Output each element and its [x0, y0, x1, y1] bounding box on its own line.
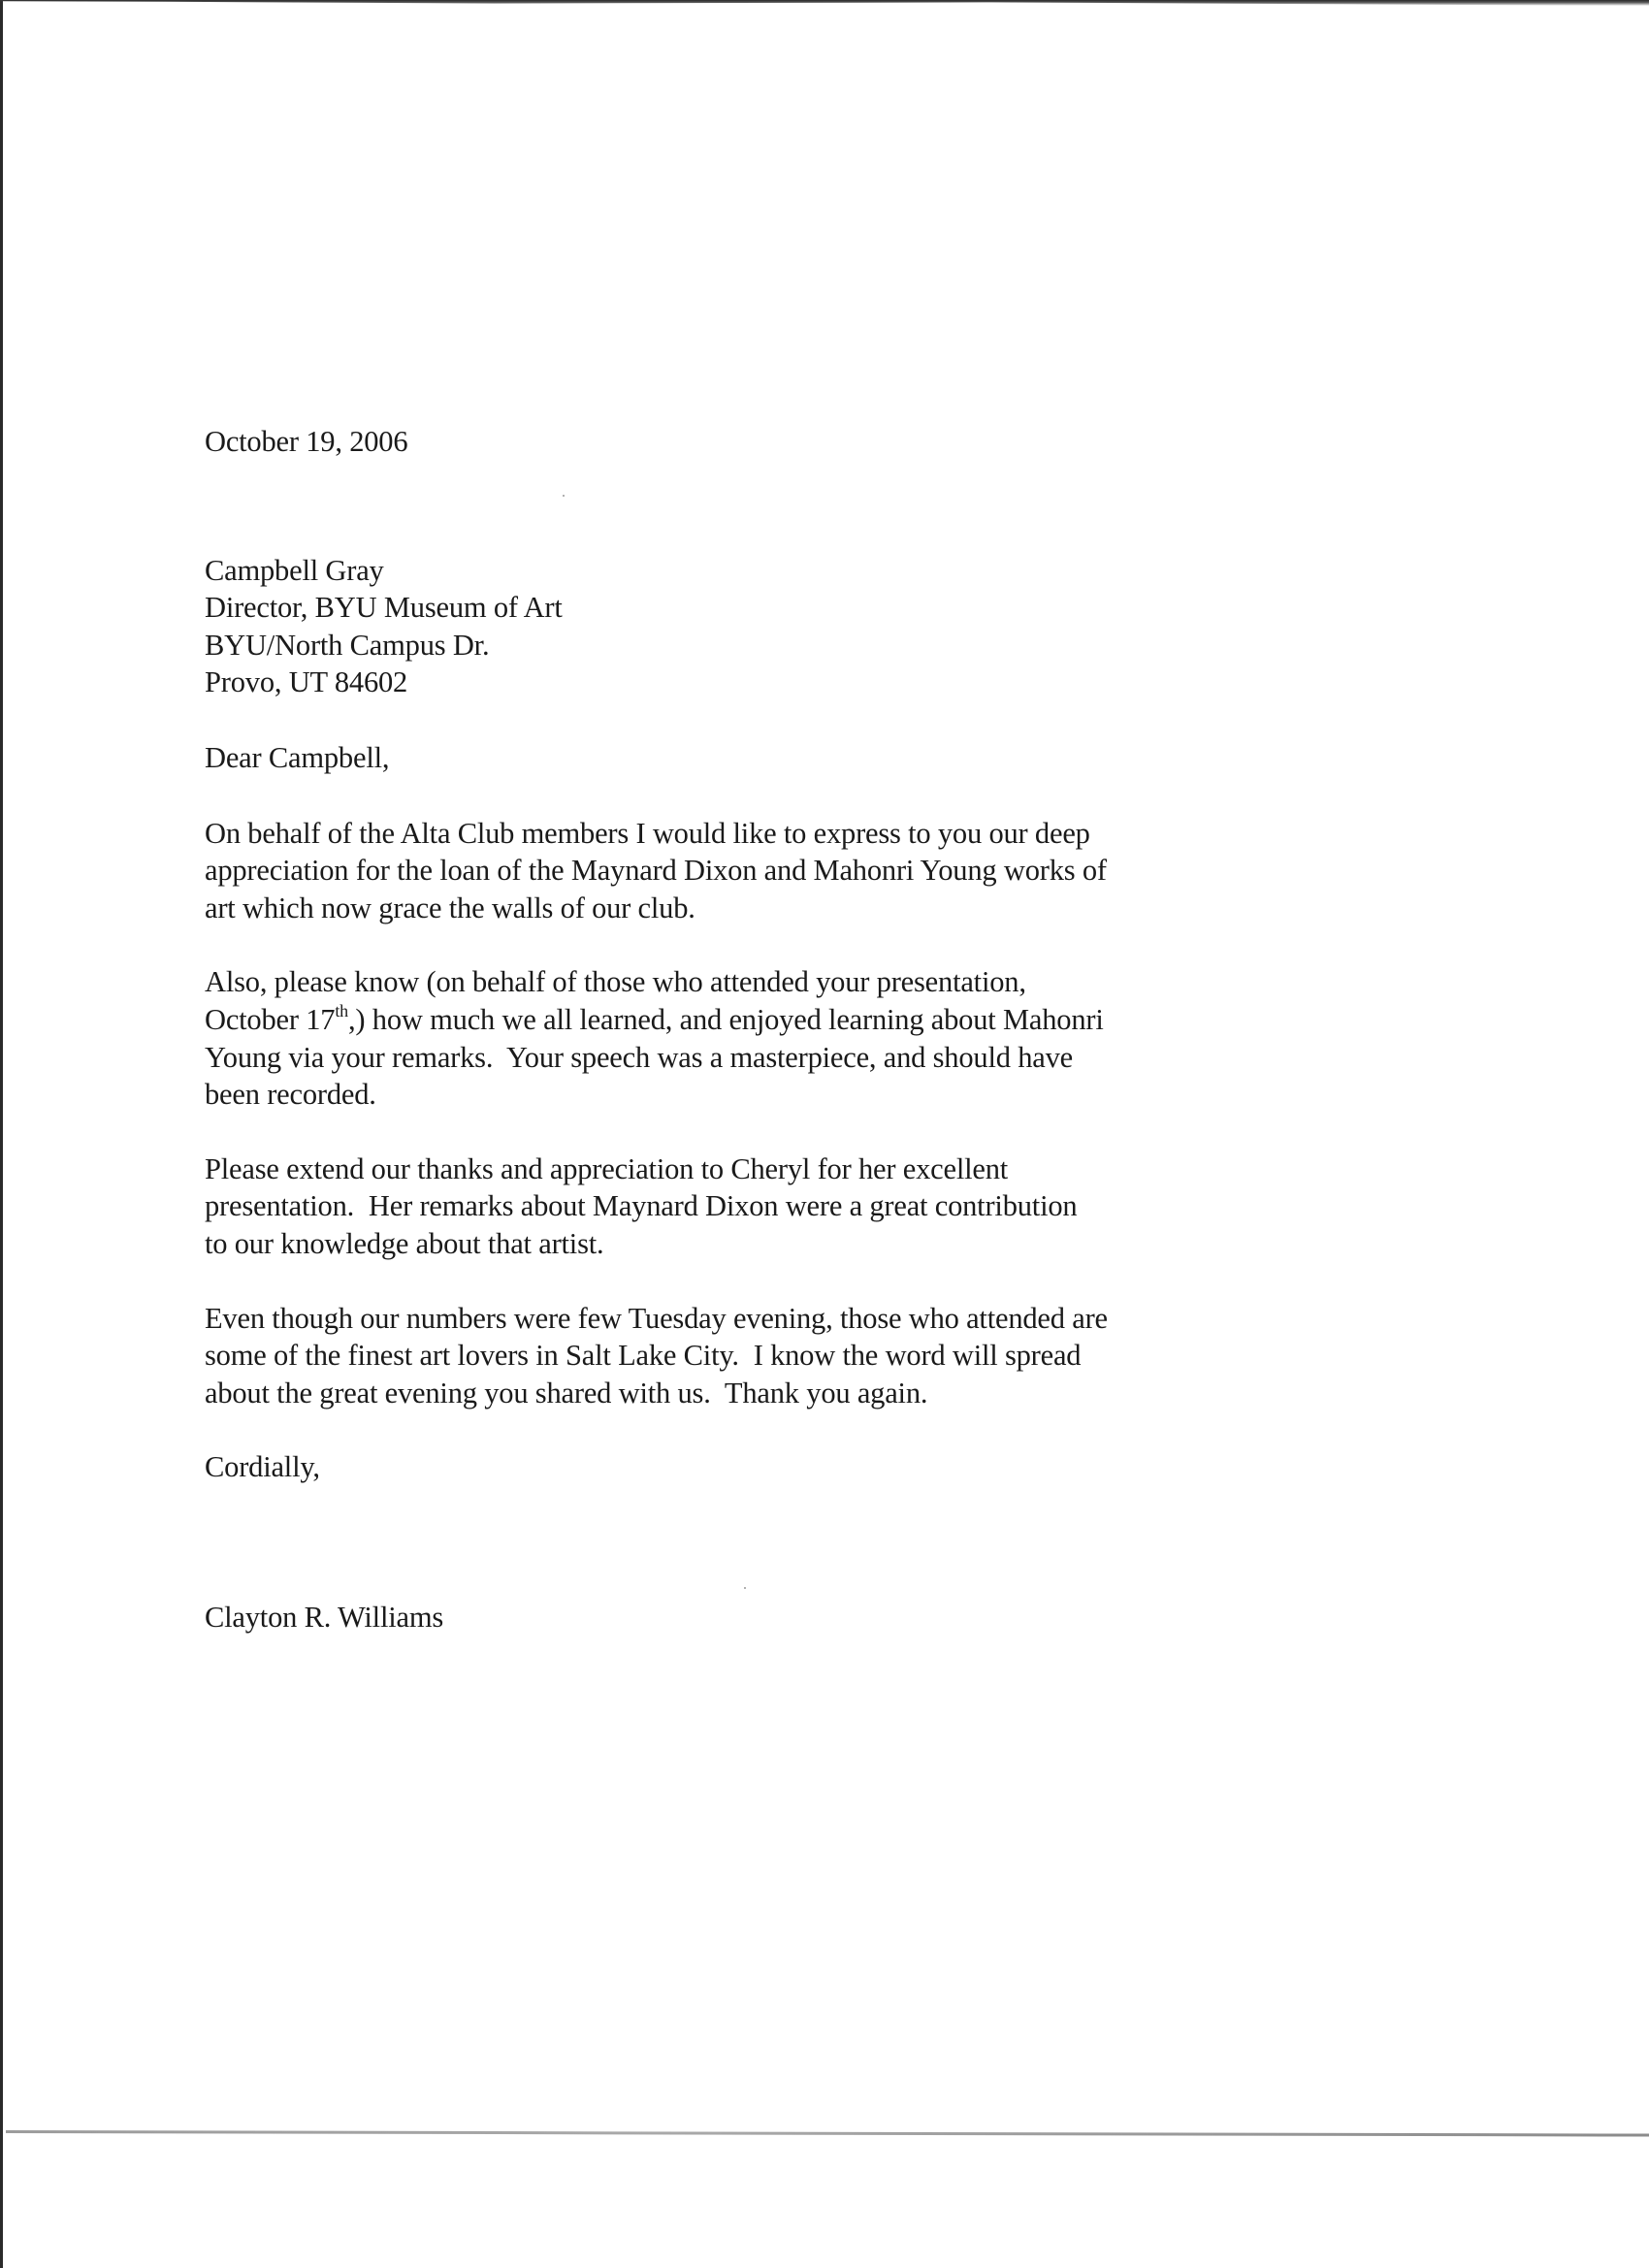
- paragraph-line: On behalf of the Alta Club members I wou…: [205, 815, 1320, 853]
- paragraph-line: about the great evening you shared with …: [205, 1375, 1320, 1412]
- date-reference: October 17: [205, 1003, 335, 1036]
- paragraph-line: to our knowledge about that artist.: [205, 1225, 1320, 1263]
- recipient-address-line1: BYU/North Campus Dr.: [205, 627, 1320, 664]
- ordinal-superscript: th: [335, 1001, 348, 1021]
- scan-top-edge: [0, 0, 1649, 6]
- salutation: Dear Campbell,: [205, 739, 1320, 777]
- closing: Cordially,: [205, 1448, 1320, 1486]
- paragraph-line: Please extend our thanks and appreciatio…: [205, 1150, 1320, 1188]
- paragraph-line: Even though our numbers were few Tuesday…: [205, 1300, 1320, 1338]
- signature-name: Clayton R. Williams: [205, 1599, 1320, 1636]
- scan-left-edge: [0, 0, 3, 2268]
- paragraph-line: some of the finest art lovers in Salt La…: [205, 1337, 1320, 1375]
- scan-bottom-line: [6, 2130, 1649, 2137]
- paragraph-cheryl-thanks: Please extend our thanks and appreciatio…: [205, 1150, 1320, 1263]
- paragraph-line-rest: ,) how much we all learned, and enjoyed …: [348, 1003, 1104, 1036]
- letter-body: October 19, 2006 Campbell Gray Director,…: [205, 423, 1320, 1636]
- paragraph-line: appreciation for the loan of the Maynard…: [205, 852, 1320, 890]
- paragraph-line: October 17th,) how much we all learned, …: [205, 1001, 1320, 1039]
- paragraph-line: art which now grace the walls of our clu…: [205, 890, 1320, 927]
- letter-date: October 19, 2006: [205, 423, 1320, 461]
- paragraph-line: been recorded.: [205, 1076, 1320, 1114]
- paragraph-appreciation: On behalf of the Alta Club members I wou…: [205, 815, 1320, 927]
- recipient-address-line2: Provo, UT 84602: [205, 664, 1320, 701]
- recipient-address-block: Campbell Gray Director, BYU Museum of Ar…: [205, 552, 1320, 701]
- paragraph-line: Young via your remarks. Your speech was …: [205, 1039, 1320, 1077]
- paragraph-line: presentation. Her remarks about Maynard …: [205, 1187, 1320, 1225]
- recipient-name: Campbell Gray: [205, 552, 1320, 590]
- paragraph-presentation: Also, please know (on behalf of those wh…: [205, 963, 1320, 1113]
- paragraph-line: Also, please know (on behalf of those wh…: [205, 963, 1320, 1001]
- recipient-title: Director, BYU Museum of Art: [205, 589, 1320, 627]
- paragraph-closing-remarks: Even though our numbers were few Tuesday…: [205, 1300, 1320, 1412]
